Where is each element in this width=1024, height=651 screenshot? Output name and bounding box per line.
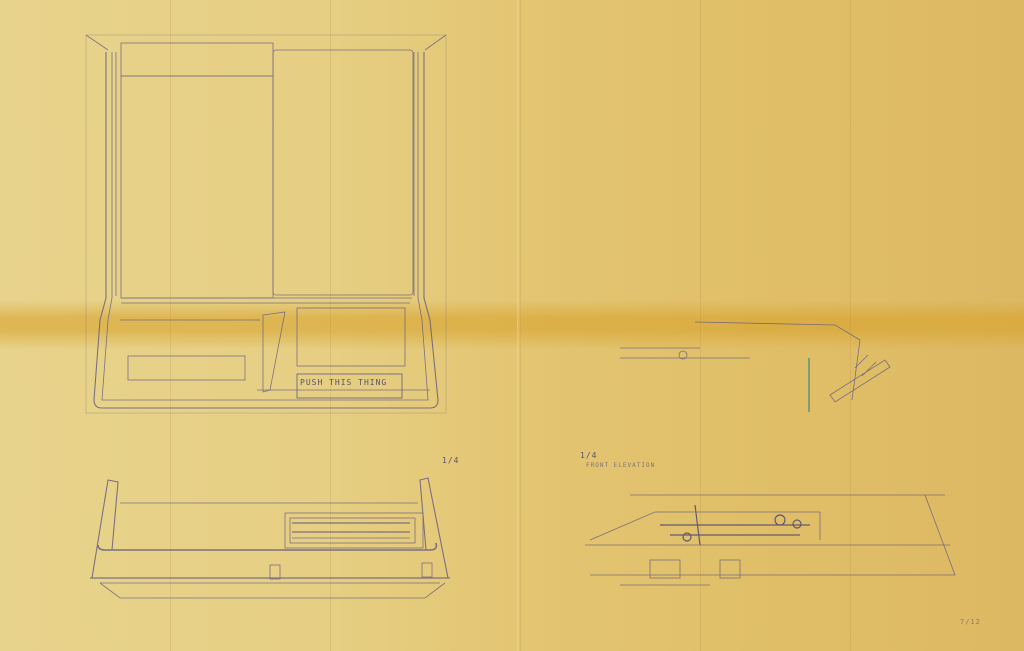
title-block-note: 7/12 — [960, 618, 981, 626]
plan-view — [86, 35, 446, 413]
side-caption: FRONT ELEVATION — [586, 462, 655, 469]
side-elevation — [585, 495, 955, 585]
side-ref-mark: 1/4 — [580, 451, 597, 460]
front-elevation — [90, 478, 450, 598]
detail-sketch — [620, 322, 890, 402]
plan-label: PUSH THIS THING — [300, 378, 387, 387]
front-ref-mark: 1/4 — [442, 456, 459, 465]
technical-drawing — [0, 0, 1024, 651]
